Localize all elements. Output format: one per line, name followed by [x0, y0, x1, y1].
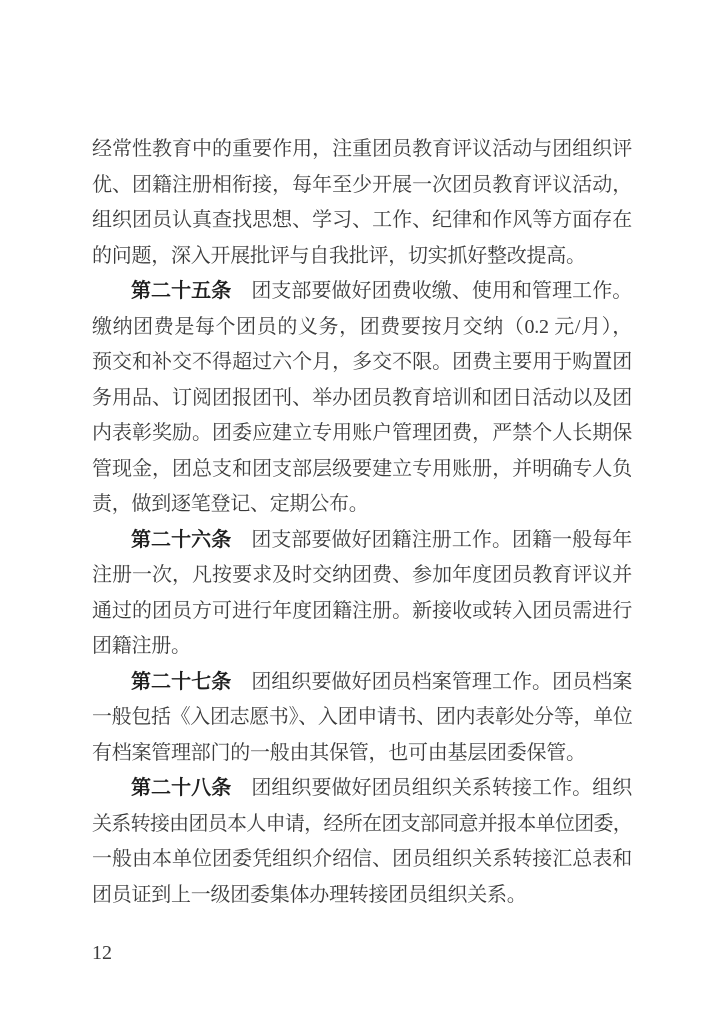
article-number-term: 第二十七条 [131, 671, 231, 693]
text-line: 第二十六条 团支部要做好团籍注册工作。团籍一般每年 [92, 523, 632, 559]
text-line: 管现金，团总支和团支部层级要建立专用账册，并明确专人负 [92, 452, 632, 488]
article-number-term: 第二十八条 [131, 777, 231, 799]
text-line: 预交和补交不得超过六个月，多交不限。团费主要用于购置团 [92, 345, 632, 381]
text-line: 团籍注册。 [92, 629, 632, 665]
text-line: 团员证到上一级团委集体办理转接团员组织关系。 [92, 878, 632, 914]
text-line: 第二十七条 团组织要做好团员档案管理工作。团员档案 [92, 665, 632, 701]
text-line: 优、团籍注册相衔接，每年至少开展一次团员教育评议活动， [92, 168, 632, 204]
page-number: 12 [92, 941, 112, 965]
text-line: 务用品、订阅团报团刊、举办团员教育培训和团日活动以及团 [92, 381, 632, 417]
document-page: 经常性教育中的重要作用，注重团员教育评议活动与团组织评优、团籍注册相衔接，每年至… [0, 0, 720, 1018]
text-line: 的问题，深入开展批评与自我批评，切实抓好整改提高。 [92, 239, 632, 275]
text-line: 第二十八条 团组织要做好团员组织关系转接工作。组织 [92, 771, 632, 807]
text-line: 组织团员认真查找思想、学习、工作、纪律和作风等方面存在 [92, 203, 632, 239]
text-line: 缴纳团费是每个团员的义务，团费要按月交纳（0.2 元/月）， [92, 310, 632, 346]
text-line: 关系转接由团员本人申请，经所在团支部同意并报本单位团委， [92, 807, 632, 843]
text-line: 有档案管理部门的一般由其保管，也可由基层团委保管。 [92, 736, 632, 772]
text-line: 注册一次，凡按要求及时交纳团费、参加年度团员教育评议并 [92, 558, 632, 594]
text-line: 内表彰奖励。团委应建立专用账户管理团费，严禁个人长期保 [92, 416, 632, 452]
text-line: 责，做到逐笔登记、定期公布。 [92, 487, 632, 523]
article-number-term: 第二十六条 [131, 529, 231, 551]
text-line: 通过的团员方可进行年度团籍注册。新接收或转入团员需进行 [92, 594, 632, 630]
text-line: 第二十五条 团支部要做好团费收缴、使用和管理工作。 [92, 274, 632, 310]
text-line: 经常性教育中的重要作用，注重团员教育评议活动与团组织评 [92, 132, 632, 168]
text-line: 一般由本单位团委凭组织介绍信、团员组织关系转接汇总表和 [92, 842, 632, 878]
article-number-term: 第二十五条 [131, 280, 231, 302]
body-text: 经常性教育中的重要作用，注重团员教育评议活动与团组织评优、团籍注册相衔接，每年至… [92, 132, 632, 913]
text-line: 一般包括《入团志愿书》、入团申请书、团内表彰处分等，单位 [92, 700, 632, 736]
